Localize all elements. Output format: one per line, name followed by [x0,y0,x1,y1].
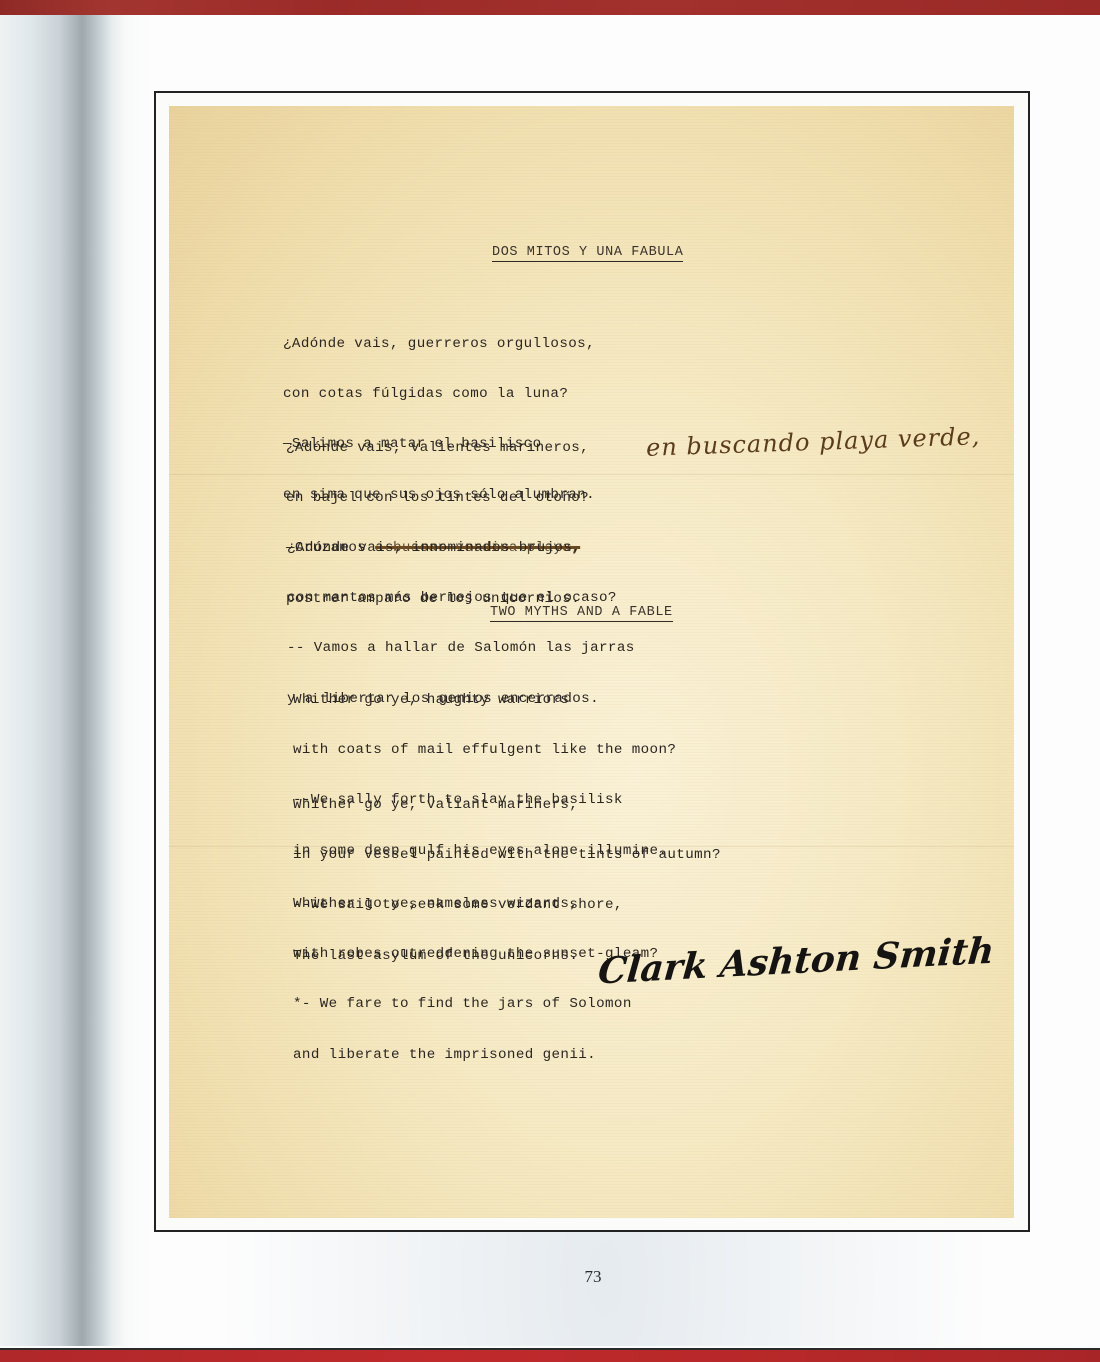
book-cover-bottom-edge [0,1348,1100,1362]
poem-line: and liberate the imprisoned genii. [293,1047,658,1064]
poem-line: Whither go ye, haughty warriors [293,692,676,709]
poem-line: con cotas fúlgidas como la luna? [283,386,595,403]
poem-line: ¿Adónde vais, valientes marineros, [286,440,589,457]
poem-line: with coats of mail effulgent like the mo… [293,742,676,759]
poem-line: *- We fare to find the jars of Solomon [293,996,658,1013]
poem-line: Whither go ye, valiant mariners, [293,797,721,814]
poem-line: ¿Adónde vais, innominados brujos, [287,540,635,557]
poem-line: en bajel con los tintes del otoño? [286,490,589,507]
spanish-title: DOS MITOS Y UNA FABULA [492,245,683,262]
poem-line: Whither go ye, nameless wizards, [293,896,658,913]
page-number: 73 [578,1267,608,1287]
poem-line: ¿Adónde vais, guerreros orgullosos, [283,336,595,353]
english-title: TWO MYTHS AND A FABLE [490,605,673,622]
poem-line: -- Vamos a hallar de Salomón las jarras [287,640,635,657]
book-cover-top-edge [0,0,1100,15]
